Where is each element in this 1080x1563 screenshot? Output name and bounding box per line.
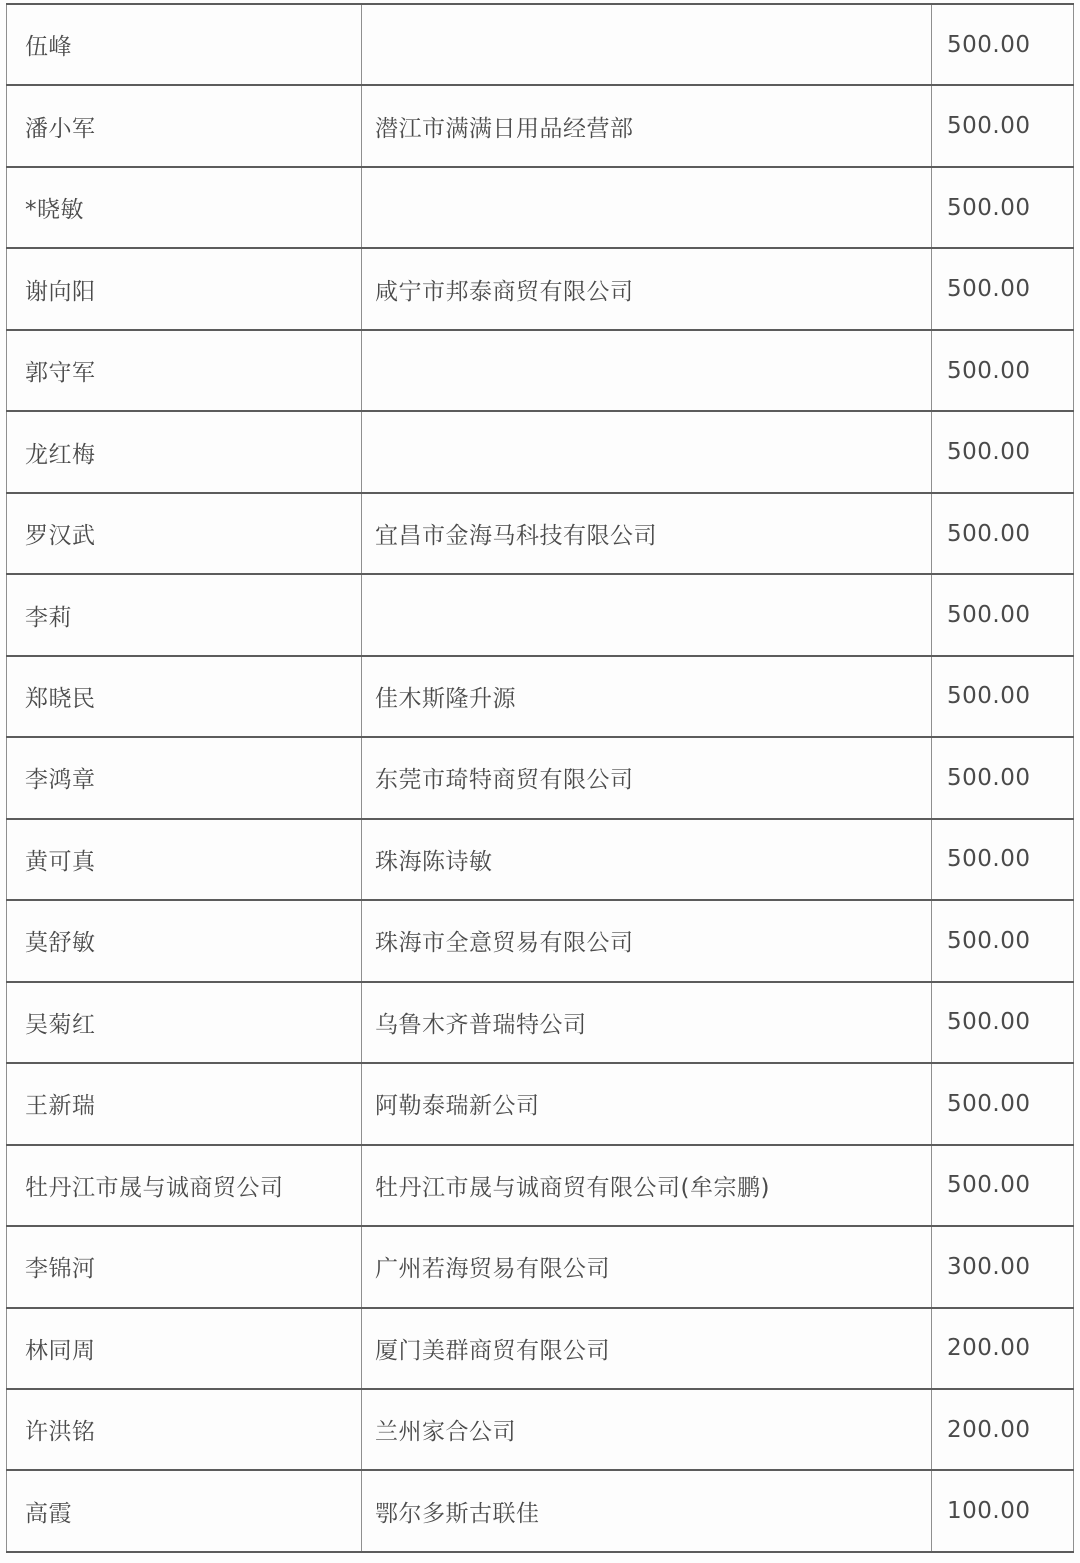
amount-cell: 500.00 [932,982,1074,1063]
donor-name-cell: 黄可真 [7,819,362,900]
amount-cell: 500.00 [932,4,1074,85]
table-row: 林同周 厦门美群商贸有限公司 200.00 [7,1308,1074,1389]
company-name-cell: 咸宁市邦泰商贸有限公司 [362,248,932,329]
amount-cell: 500.00 [932,85,1074,166]
amount-cell: 300.00 [932,1226,1074,1307]
table-row: 伍峰 500.00 [7,4,1074,85]
company-name-cell: 广州若海贸易有限公司 [362,1226,932,1307]
table-row: 郭守军 500.00 [7,330,1074,411]
donor-name-cell: 王新瑞 [7,1063,362,1144]
company-name-cell: 珠海陈诗敏 [362,819,932,900]
company-name-cell [362,330,932,411]
amount-cell: 200.00 [932,1308,1074,1389]
donor-name-cell: 林同周 [7,1308,362,1389]
company-name-cell [362,574,932,655]
amount-cell: 500.00 [932,248,1074,329]
document-page: 伍峰 500.00 潘小军 潜江市满满日用品经营部 500.00 *晓敏 500… [0,0,1080,1563]
table-row: 吴菊红 乌鲁木齐普瑞特公司 500.00 [7,982,1074,1063]
donor-name-cell: 潘小军 [7,85,362,166]
amount-cell: 500.00 [932,411,1074,492]
table-row: 许洪铭 兰州家合公司 200.00 [7,1389,1074,1470]
donor-name-cell: 牡丹江市晟与诚商贸公司 [7,1145,362,1226]
amount-cell: 100.00 [932,1470,1074,1552]
donor-name-cell: 吴菊红 [7,982,362,1063]
amount-cell: 500.00 [932,737,1074,818]
table-row: 潘小军 潜江市满满日用品经营部 500.00 [7,85,1074,166]
donor-name-cell: 龙红梅 [7,411,362,492]
table-row: 郑晓民 佳木斯隆升源 500.00 [7,656,1074,737]
donor-name-cell: 伍峰 [7,4,362,85]
company-name-cell: 厦门美群商贸有限公司 [362,1308,932,1389]
donor-name-cell: 罗汉武 [7,493,362,574]
company-name-cell: 珠海市全意贸易有限公司 [362,900,932,981]
company-name-cell: 乌鲁木齐普瑞特公司 [362,982,932,1063]
donor-name-cell: 李锦河 [7,1226,362,1307]
table-row: 牡丹江市晟与诚商贸公司 牡丹江市晟与诚商贸有限公司(牟宗鹏) 500.00 [7,1145,1074,1226]
amount-cell: 500.00 [932,900,1074,981]
donor-name-cell: 高霞 [7,1470,362,1552]
donation-table: 伍峰 500.00 潘小军 潜江市满满日用品经营部 500.00 *晓敏 500… [6,3,1074,1553]
table-row: 李莉 500.00 [7,574,1074,655]
company-name-cell: 兰州家合公司 [362,1389,932,1470]
company-name-cell [362,411,932,492]
amount-cell: 500.00 [932,574,1074,655]
donor-name-cell: 莫舒敏 [7,900,362,981]
table-row: *晓敏 500.00 [7,167,1074,248]
company-name-cell: 宜昌市金海马科技有限公司 [362,493,932,574]
company-name-cell [362,167,932,248]
donor-name-cell: 李莉 [7,574,362,655]
table-row: 龙红梅 500.00 [7,411,1074,492]
amount-cell: 500.00 [932,1145,1074,1226]
amount-cell: 500.00 [932,493,1074,574]
donor-name-cell: 郭守军 [7,330,362,411]
donation-table-body: 伍峰 500.00 潘小军 潜江市满满日用品经营部 500.00 *晓敏 500… [7,4,1074,1552]
table-row: 李锦河 广州若海贸易有限公司 300.00 [7,1226,1074,1307]
donor-name-cell: 郑晓民 [7,656,362,737]
amount-cell: 500.00 [932,1063,1074,1144]
company-name-cell: 牡丹江市晟与诚商贸有限公司(牟宗鹏) [362,1145,932,1226]
company-name-cell: 潜江市满满日用品经营部 [362,85,932,166]
company-name-cell [362,4,932,85]
amount-cell: 200.00 [932,1389,1074,1470]
table-row: 王新瑞 阿勒泰瑞新公司 500.00 [7,1063,1074,1144]
company-name-cell: 佳木斯隆升源 [362,656,932,737]
table-row: 莫舒敏 珠海市全意贸易有限公司 500.00 [7,900,1074,981]
table-row: 李鸿章 东莞市琦特商贸有限公司 500.00 [7,737,1074,818]
donor-name-cell: 李鸿章 [7,737,362,818]
donor-name-cell: *晓敏 [7,167,362,248]
donor-name-cell: 许洪铭 [7,1389,362,1470]
amount-cell: 500.00 [932,656,1074,737]
amount-cell: 500.00 [932,819,1074,900]
amount-cell: 500.00 [932,167,1074,248]
table-row: 黄可真 珠海陈诗敏 500.00 [7,819,1074,900]
table-row: 谢向阳 咸宁市邦泰商贸有限公司 500.00 [7,248,1074,329]
company-name-cell: 东莞市琦特商贸有限公司 [362,737,932,818]
table-row: 罗汉武 宜昌市金海马科技有限公司 500.00 [7,493,1074,574]
amount-cell: 500.00 [932,330,1074,411]
table-row: 高霞 鄂尔多斯古联佳 100.00 [7,1470,1074,1552]
company-name-cell: 阿勒泰瑞新公司 [362,1063,932,1144]
company-name-cell: 鄂尔多斯古联佳 [362,1470,932,1552]
donor-name-cell: 谢向阳 [7,248,362,329]
